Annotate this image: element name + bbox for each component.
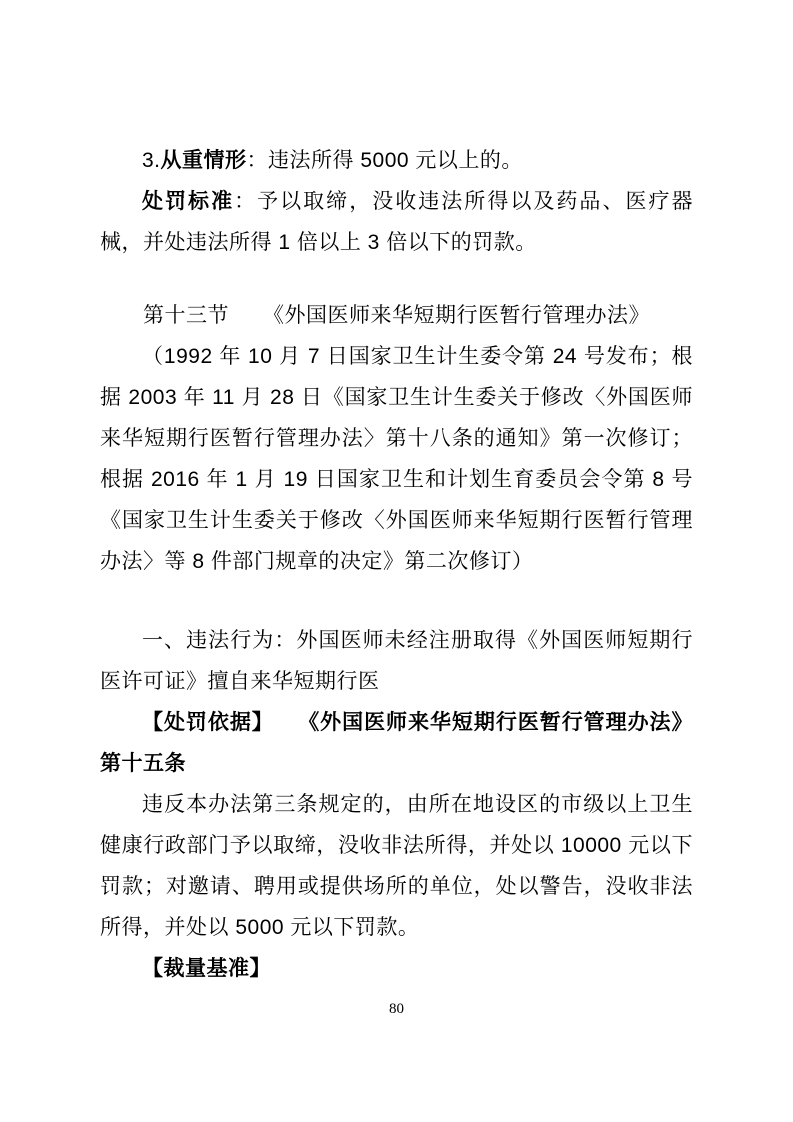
para-aggravated-circumstance: 3.从重情形：违法所得 5000 元以上的。 xyxy=(100,140,693,181)
document-page: 3.从重情形：违法所得 5000 元以上的。 处罚标准：予以取缔，没收违法所得以… xyxy=(0,0,793,1122)
section-heading: 第十三节《外国医师来华短期行医暂行管理办法》 xyxy=(100,295,693,336)
penalty-basis-label: 【处罚依据】 xyxy=(142,711,274,734)
aggravated-circumstance-text: ：违法所得 5000 元以上的。 xyxy=(247,149,523,172)
para-violation-description: 一、违法行为：外国医师未经注册取得《外国医师短期行医许可证》擅自来华短期行医 xyxy=(100,620,693,702)
section-regulation-title: 《外国医师来华短期行医暂行管理办法》 xyxy=(263,304,650,327)
item-number: 3. xyxy=(142,149,161,172)
para-penalty-provision: 违反本办法第三条规定的，由所在地设区的市级以上卫生健康行政部门予以取缔，没收非法… xyxy=(100,784,693,948)
para-promulgation-history: （1992 年 10 月 7 日国家卫生计生委令第 24 号发布；根据 2003… xyxy=(100,336,693,582)
para-discretion-benchmark-header: 【裁量基准】 xyxy=(100,948,693,989)
para-penalty-standard: 处罚标准：予以取缔，没收违法所得以及药品、医疗器械，并处违法所得 1 倍以上 3… xyxy=(100,181,693,263)
page-number: 80 xyxy=(0,1001,793,1018)
term-aggravated-circumstance: 从重情形 xyxy=(161,149,247,172)
section-number: 第十三节 xyxy=(143,304,229,327)
para-penalty-basis: 【处罚依据】《外国医师来华短期行医暂行管理办法》第十五条 xyxy=(100,702,693,784)
term-penalty-standard: 处罚标准 xyxy=(142,190,234,213)
document-body: 3.从重情形：违法所得 5000 元以上的。 处罚标准：予以取缔，没收违法所得以… xyxy=(100,140,693,989)
